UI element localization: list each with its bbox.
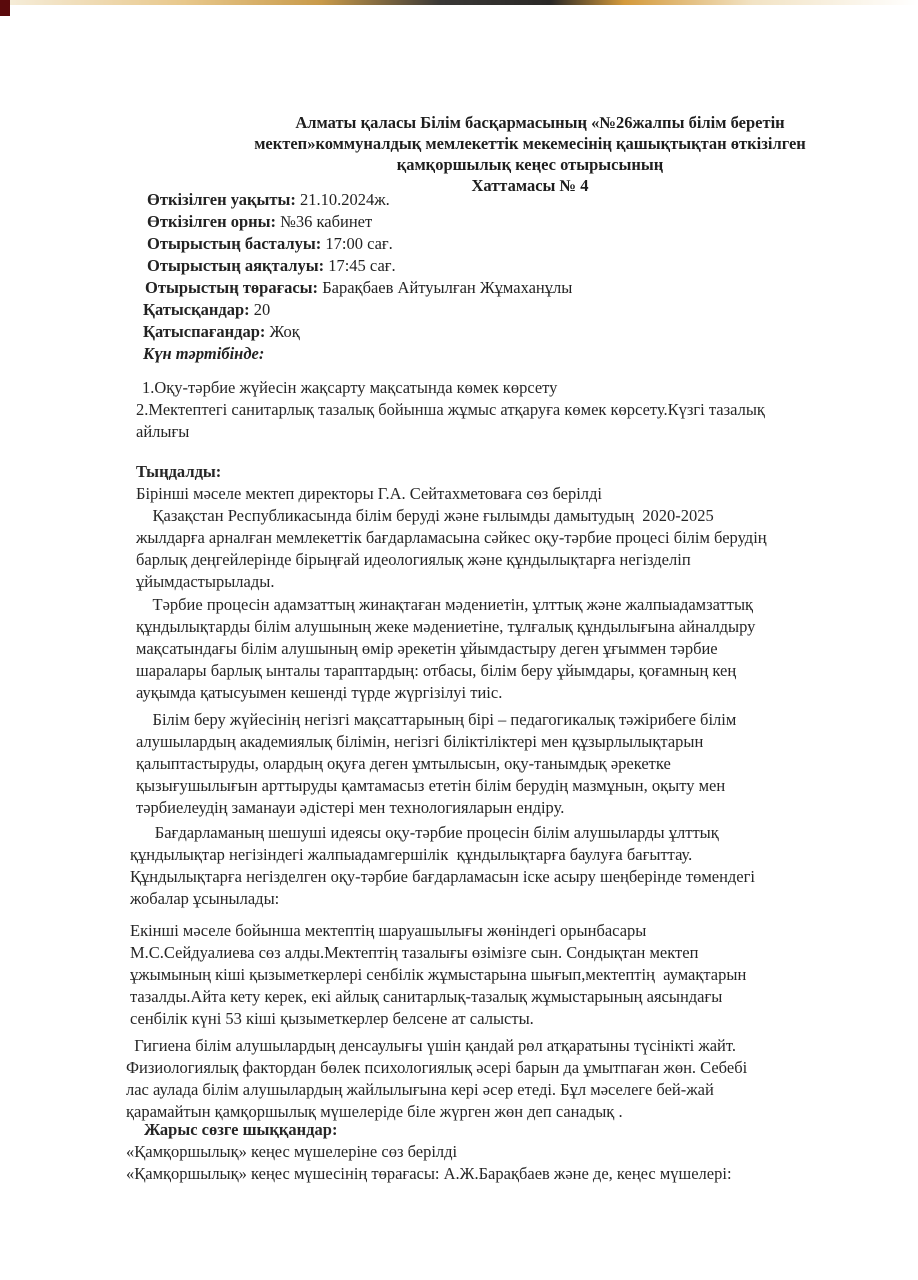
paragraph-line: Тәрбие процесін адамзаттың жинақтаған мә… xyxy=(136,594,755,616)
meeting-absent: Қатыспағандар: Жоқ xyxy=(143,321,572,343)
paragraph-2: Тәрбие процесін адамзаттың жинақтаған мә… xyxy=(136,594,755,704)
title-line-1: Алматы қаласы Білім басқармасының «№26жа… xyxy=(200,112,860,133)
paragraph-line: тәрбиелеудің заманауи әдістері мен техно… xyxy=(136,797,736,819)
end-label: Отырыстың аяқталуы: xyxy=(147,256,324,275)
absent-value: Жоқ xyxy=(265,322,299,341)
paragraph-line: Білім беру жүйесінің негізгі мақсаттарын… xyxy=(136,709,736,731)
meeting-start: Отырыстың басталуы: 17:00 сағ. xyxy=(143,233,572,255)
meeting-chair: Отырыстың төрағасы: Барақбаев Айтуылған … xyxy=(143,277,572,299)
heard-section: Тыңдалды: Бірінші мәселе мектеп директор… xyxy=(136,461,602,505)
start-value: 17:00 сағ. xyxy=(321,234,393,253)
paragraph-line: Гигиена білім алушылардың денсаулығы үші… xyxy=(126,1035,747,1057)
paragraph-line: ұжымының кіші қызыметкерлері сенбілік жұ… xyxy=(130,964,746,986)
paragraph-4: Бағдарламаның шешуші идеясы оқу-тәрбие п… xyxy=(130,822,755,910)
speakers-section: Жарыс сөзге шыққандар: «Қамқоршылық» кең… xyxy=(126,1119,732,1185)
agenda-list: 1.Оқу-тәрбие жүйесін жақсарту мақсатында… xyxy=(136,377,765,443)
speakers-line-1: «Қамқоршылық» кеңес мүшелеріне сөз беріл… xyxy=(126,1141,732,1163)
title-line-3: қамқоршылық кеңес отырысының xyxy=(200,154,860,175)
end-value: 17:45 сағ. xyxy=(324,256,396,275)
time-value: 21.10.2024ж. xyxy=(296,190,390,209)
paragraph-line: ұйымдастырылады. xyxy=(136,571,767,593)
meeting-present: Қатысқандар: 20 xyxy=(143,299,572,321)
chair-value: Барақбаев Айтуылған Жұмаханұлы xyxy=(318,278,572,297)
agenda-item-1: 1.Оқу-тәрбие жүйесін жақсарту мақсатында… xyxy=(136,377,765,399)
paragraph-line: қызығушылығын арттыруды қамтамасыз ететі… xyxy=(136,775,736,797)
present-label: Қатысқандар: xyxy=(143,300,250,319)
scan-edge-strip xyxy=(0,0,918,5)
paragraph-line: мақсатындағы білім алушының өмір әрекеті… xyxy=(136,638,755,660)
speakers-heading: Жарыс сөзге шыққандар: xyxy=(126,1119,732,1141)
paragraph-line: қалыптастыруды, олардың оқуға деген ұмты… xyxy=(136,753,736,775)
paragraph-line: тазалды.Айта кету керек, екі айлық санит… xyxy=(130,986,746,1008)
paragraph-line: алушылардың академиялық білімін, негізгі… xyxy=(136,731,736,753)
paragraph-line: М.С.Сейдуалиева сөз алды.Мектептің тазал… xyxy=(130,942,746,964)
meeting-place: Өткізілген орны: №36 кабинет xyxy=(143,211,572,233)
paragraph-line: жылдарға арналған мемлекеттік бағдарлама… xyxy=(136,527,767,549)
paragraph-line: Физиологиялық фактордан бөлек психология… xyxy=(126,1057,747,1079)
agenda-label: Күн тәртібінде: xyxy=(143,343,572,365)
paragraph-line: құндылықтар негізіндегі жалпыадамгершілі… xyxy=(130,844,755,866)
scan-corner-mark xyxy=(0,0,10,16)
paragraph-line: Қазақстан Республикасында білім беруді ж… xyxy=(136,505,767,527)
absent-label: Қатыспағандар: xyxy=(143,322,265,341)
meeting-end: Отырыстың аяқталуы: 17:45 сағ. xyxy=(143,255,572,277)
agenda-item-2: 2.Мектептегі санитарлық тазалық бойынша … xyxy=(136,399,765,421)
paragraph-line: лас аулада білім алушылардың жайлылығына… xyxy=(126,1079,747,1101)
paragraph-line: сенбілік күні 53 кіші қызыметкерлер белс… xyxy=(130,1008,746,1030)
title-line-2: мектеп»коммуналдық мемлекеттік мекемесін… xyxy=(200,133,860,154)
place-label: Өткізілген орны: xyxy=(147,212,276,231)
present-value: 20 xyxy=(250,300,271,319)
paragraph-5: Екінші мәселе бойынша мектептің шаруашыл… xyxy=(130,920,746,1030)
time-label: Өткізілген уақыты: xyxy=(147,190,296,209)
paragraph-line: шаралары барлық ынталы тараптардың: отба… xyxy=(136,660,755,682)
place-value: №36 кабинет xyxy=(276,212,372,231)
paragraph-line: Құндылықтарға негізделген оқу-тәрбие бағ… xyxy=(130,866,755,888)
paragraph-line: Бағдарламаның шешуші идеясы оқу-тәрбие п… xyxy=(130,822,755,844)
start-label: Отырыстың басталуы: xyxy=(147,234,321,253)
meeting-details: Өткізілген уақыты: 21.10.2024ж. Өткізілг… xyxy=(143,189,572,365)
meeting-time: Өткізілген уақыты: 21.10.2024ж. xyxy=(143,189,572,211)
heard-heading: Тыңдалды: xyxy=(136,461,602,483)
paragraph-line: жобалар ұсынылады: xyxy=(130,888,755,910)
paragraph-line: құндылықтарды білім алушының жеке мәдени… xyxy=(136,616,755,638)
paragraph-1: Қазақстан Республикасында білім беруді ж… xyxy=(136,505,767,593)
paragraph-line: ауқымда қатысуымен кешенді түрде жүргізі… xyxy=(136,682,755,704)
document-title: Алматы қаласы Білім басқармасының «№26жа… xyxy=(200,112,860,196)
paragraph-line: барлық деңгейлерінде бірыңғай идеологиял… xyxy=(136,549,767,571)
heard-intro: Бірінші мәселе мектеп директоры Г.А. Сей… xyxy=(136,483,602,505)
agenda-item-2-cont: айлығы xyxy=(136,421,765,443)
speakers-line-2: «Қамқоршылық» кеңес мүшесінің төрағасы: … xyxy=(126,1163,732,1185)
paragraph-3: Білім беру жүйесінің негізгі мақсаттарын… xyxy=(136,709,736,819)
paragraph-line: Екінші мәселе бойынша мектептің шаруашыл… xyxy=(130,920,746,942)
paragraph-6: Гигиена білім алушылардың денсаулығы үші… xyxy=(126,1035,747,1123)
chair-label: Отырыстың төрағасы: xyxy=(145,278,318,297)
